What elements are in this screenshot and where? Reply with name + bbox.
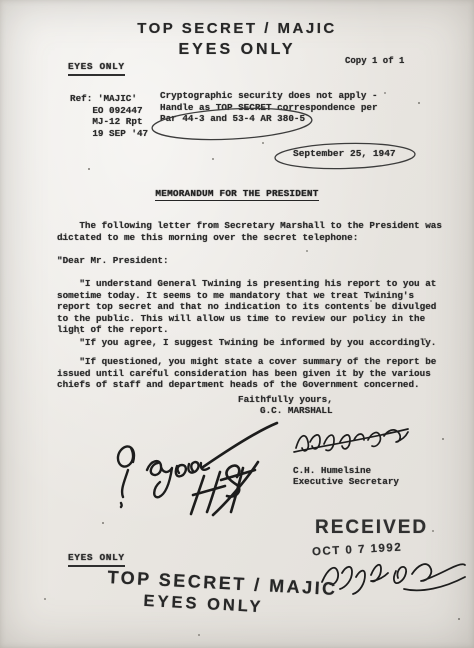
salutation: "Dear Mr. President: [57,255,169,267]
humelsine-signature [292,424,410,458]
copy-number: Copy 1 of 1 [345,56,404,68]
eyes-only-top-label: EYES ONLY [68,61,125,76]
secretary-name: C.H. Humelsine [293,465,371,477]
received-stamp: RECEIVED [315,517,428,539]
truman-approval-signature [103,420,283,520]
date-pen-circle [272,141,420,173]
eyes-only-bottom-label: EYES ONLY [68,552,125,567]
signer-name: G.C. MARSHALL [260,405,333,417]
subject-line-wrap: MEMORANDUM FOR THE PRESIDENT [0,183,474,201]
reference-block: Ref: 'MAJIC' EO 092447 MJ-12 Rpt 19 SEP … [70,93,148,139]
subject-line: MEMORANDUM FOR THE PRESIDENT [155,188,318,201]
paper-speckle-noise [0,0,2,2]
body-paragraph-3: "If you agree, I suggest Twining be info… [57,337,436,349]
crypto-note-pen-circle [148,102,316,144]
secretary-title: Executive Secretary [293,476,399,488]
body-paragraph-1: The following letter from Secretary Mars… [57,220,442,243]
closing-line: Faithfully yours, [238,394,333,406]
classification-stamp-top-line1: TOP SECRET / MAJIC [0,20,474,37]
body-paragraph-2: "I understand General Twining is present… [57,278,436,336]
scanned-memo-page: TOP SECRET / MAJIC EYES ONLY EYES ONLY C… [0,0,474,648]
body-paragraph-4: "If questioned, you might state a cover … [57,356,436,391]
